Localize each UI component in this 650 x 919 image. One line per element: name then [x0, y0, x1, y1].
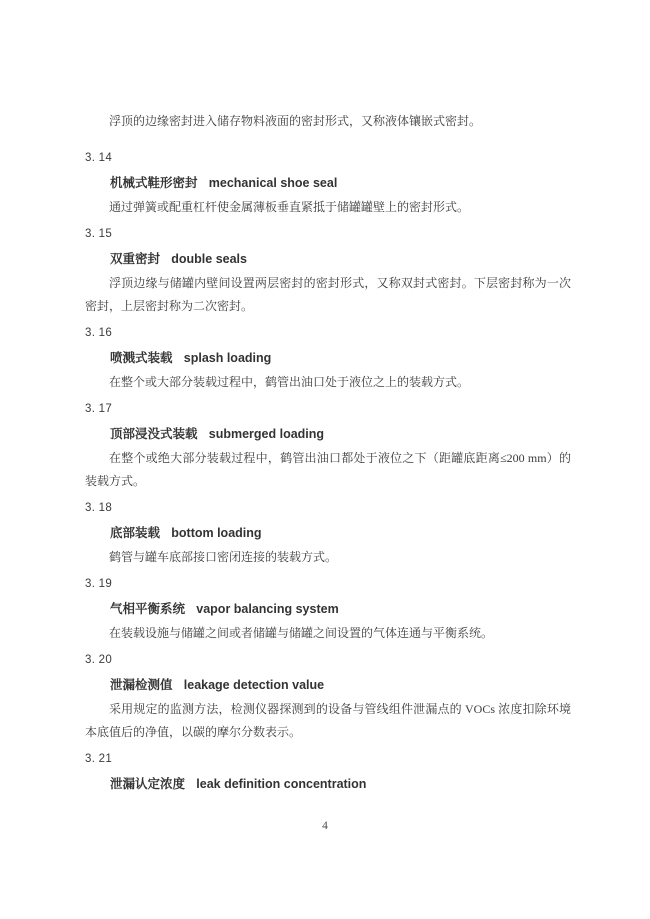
term-heading: 泄漏认定浓度leak definition concentration: [85, 773, 571, 796]
term-en: double seals: [171, 252, 247, 266]
term-heading: 喷溅式装载splash loading: [85, 347, 571, 370]
term-section-3-19: 3. 19 气相平衡系统vapor balancing system 在装载设施…: [85, 573, 571, 645]
term-en: splash loading: [184, 351, 272, 365]
term-zh: 喷溅式装载: [110, 351, 173, 365]
clause-number: 3. 15: [85, 223, 571, 246]
term-section-3-15: 3. 15 双重密封double seals 浮顶边缘与储罐内壁间设置两层密封的…: [85, 223, 571, 318]
term-en: vapor balancing system: [196, 602, 338, 616]
term-zh: 顶部浸没式装载: [110, 427, 198, 441]
term-definition: 采用规定的监测方法，检测仪器探测到的设备与管线组件泄漏点的 VOCs 浓度扣除环…: [85, 698, 571, 744]
term-definition: 浮顶边缘与储罐内壁间设置两层密封的密封形式，又称双封式密封。下层密封称为一次密封…: [85, 272, 571, 318]
paragraph-liquid-mounted-seal: 浮顶的边缘密封进入储存物料液面的密封形式，又称液体镶嵌式密封。: [85, 110, 571, 133]
term-heading: 顶部浸没式装载submerged loading: [85, 423, 571, 446]
document-page: 浮顶的边缘密封进入储存物料液面的密封形式，又称液体镶嵌式密封。 3. 14 机械…: [0, 0, 650, 919]
term-section-3-17: 3. 17 顶部浸没式装载submerged loading 在整个或绝大部分装…: [85, 398, 571, 493]
terms-content: 浮顶的边缘密封进入储存物料液面的密封形式，又称液体镶嵌式密封。 3. 14 机械…: [85, 110, 571, 797]
term-definition: 在整个或绝大部分装载过程中，鹤管出油口都处于液位之下（距罐底距离≤200 mm）…: [85, 447, 571, 493]
clause-number: 3. 17: [85, 398, 571, 421]
page-number: 4: [0, 820, 650, 832]
term-section-3-14: 3. 14 机械式鞋形密封mechanical shoe seal 通过弹簧或配…: [85, 147, 571, 219]
clause-number: 3. 20: [85, 649, 571, 672]
term-definition: 通过弹簧或配重杠杆使金属薄板垂直紧抵于储罐罐壁上的密封形式。: [85, 196, 571, 219]
term-en: leak definition concentration: [196, 777, 366, 791]
term-section-3-16: 3. 16 喷溅式装载splash loading 在整个或大部分装载过程中，鹤…: [85, 322, 571, 394]
term-en: submerged loading: [209, 427, 324, 441]
clause-number: 3. 16: [85, 322, 571, 345]
term-heading: 气相平衡系统vapor balancing system: [85, 598, 571, 621]
term-en: mechanical shoe seal: [209, 176, 338, 190]
term-definition: 在整个或大部分装载过程中，鹤管出油口处于液位之上的装载方式。: [85, 371, 571, 394]
term-zh: 泄漏认定浓度: [110, 777, 185, 791]
term-section-3-20: 3. 20 泄漏检测值leakage detection value 采用规定的…: [85, 649, 571, 744]
term-heading: 底部装载bottom loading: [85, 522, 571, 545]
term-zh: 底部装载: [110, 526, 160, 540]
term-en: leakage detection value: [184, 678, 324, 692]
term-heading: 双重密封double seals: [85, 248, 571, 271]
term-definition: 在装载设施与储罐之间或者储罐与储罐之间设置的气体连通与平衡系统。: [85, 622, 571, 645]
term-heading: 机械式鞋形密封mechanical shoe seal: [85, 172, 571, 195]
term-heading: 泄漏检测值leakage detection value: [85, 674, 571, 697]
term-zh: 泄漏检测值: [110, 678, 173, 692]
term-section-3-18: 3. 18 底部装载bottom loading 鹤管与罐车底部接口密闭连接的装…: [85, 497, 571, 569]
term-definition: 鹤管与罐车底部接口密闭连接的装载方式。: [85, 546, 571, 569]
clause-number: 3. 21: [85, 748, 571, 771]
term-zh: 气相平衡系统: [110, 602, 185, 616]
clause-number: 3. 18: [85, 497, 571, 520]
clause-number: 3. 19: [85, 573, 571, 596]
term-zh: 机械式鞋形密封: [110, 176, 198, 190]
term-section-3-21: 3. 21 泄漏认定浓度leak definition concentratio…: [85, 748, 571, 796]
clause-number: 3. 14: [85, 147, 571, 170]
term-en: bottom loading: [171, 526, 261, 540]
term-zh: 双重密封: [110, 252, 160, 266]
